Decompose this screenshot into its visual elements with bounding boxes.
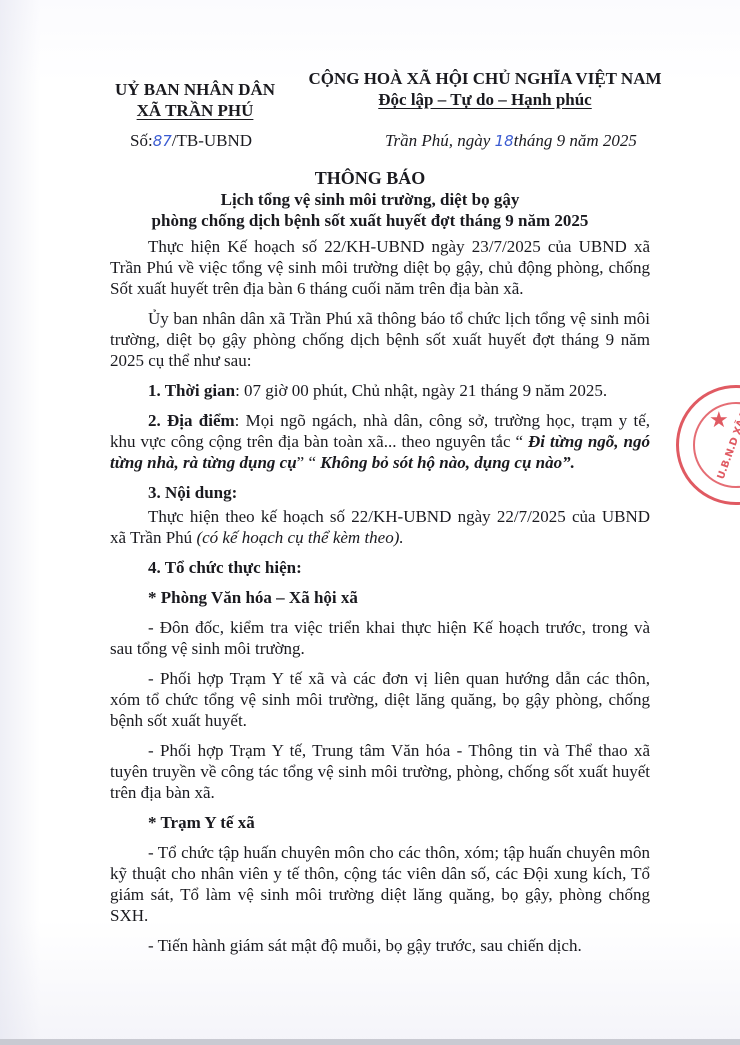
issue-date: Trần Phú, ngày 18tháng 9 năm 2025 [385,131,637,151]
issuing-agency: UỶ BAN NHÂN DÂN XÃ TRẦN PHÚ [100,79,290,121]
item-content: Thực hiện theo kế hoạch số 22/KH-UBND ng… [110,506,650,548]
handwritten-day: 18 [495,132,514,150]
section-culture-title: * Phòng Văn hóa – Xã hội xã [110,587,650,608]
slogan-2: Không bỏ sót hộ nào, dụng cụ nào”. [320,453,575,472]
star-emblem-icon: ★ [709,408,729,433]
document-title: THÔNG BÁO Lịch tổng vệ sinh môi trường, … [100,168,640,231]
section-health-title: * Trạm Y tế xã [110,812,650,833]
country-name: CỘNG HOÀ XÃ HỘI CHỦ NGHĨA VIỆT NAM [300,68,670,89]
quote-separator: ” “ [297,453,321,472]
doc-type: THÔNG BÁO [100,168,640,189]
item-content-note: (có kế hoạch cụ thể kèm theo). [196,528,403,547]
number-prefix: Số: [130,131,153,150]
item-time-text: : 07 giờ 00 phút, Chủ nhật, ngày 21 thán… [235,381,607,400]
item-time: 1. Thời gian: 07 giờ 00 phút, Chủ nhật, … [110,380,650,401]
document-page: UỶ BAN NHÂN DÂN XÃ TRẦN PHÚ CỘNG HOÀ XÃ … [0,0,740,1045]
title-line-1: Lịch tổng vệ sinh môi trường, diệt bọ gậ… [100,189,640,210]
date-suffix: tháng 9 năm 2025 [514,131,637,150]
national-header: CỘNG HOÀ XÃ HỘI CHỦ NGHĨA VIỆT NAM Độc l… [300,68,670,110]
intro-paragraph-2: Ủy ban nhân dân xã Trần Phú xã thông báo… [110,308,650,371]
document-body: Thực hiện Kế hoạch số 22/KH-UBND ngày 23… [110,236,650,965]
section-culture-item: - Đôn đốc, kiểm tra việc triển khai thực… [110,617,650,659]
item-content-label: 3. Nội dung: [110,482,650,503]
title-line-2: phòng chống dịch bệnh sốt xuất huyết đợt… [100,210,640,231]
scan-shadow [0,0,40,1045]
official-stamp: ★ U.B.N.D XÃ TRẦN [676,385,740,505]
handwritten-number: 87 [153,132,172,150]
agency-line-1: UỶ BAN NHÂN DÂN [100,79,290,100]
section-culture-item: - Phối hợp Trạm Y tế xã và các đơn vị li… [110,668,650,731]
item-location: 2. Địa điểm: Mọi ngõ ngách, nhà dân, côn… [110,410,650,473]
section-health-item: - Tổ chức tập huấn chuyên môn cho các th… [110,842,650,926]
item-time-label: 1. Thời gian [148,381,235,400]
date-prefix: Trần Phú, ngày [385,131,495,150]
section-culture-item: - Phối hợp Trạm Y tế, Trung tâm Văn hóa … [110,740,650,803]
intro-paragraph-1: Thực hiện Kế hoạch số 22/KH-UBND ngày 23… [110,236,650,299]
national-motto: Độc lập – Tự do – Hạnh phúc [300,89,670,110]
item-location-label: 2. Địa điểm [148,411,235,430]
item-organization-label: 4. Tổ chức thực hiện: [110,557,650,578]
agency-line-2: XÃ TRẦN PHÚ [100,100,290,121]
document-number: Số:87/TB-UBND [130,131,252,151]
number-suffix: /TB-UBND [172,131,252,150]
section-health-item: - Tiến hành giám sát mật độ muỗi, bọ gậy… [110,935,650,956]
scan-edge [0,1039,740,1045]
